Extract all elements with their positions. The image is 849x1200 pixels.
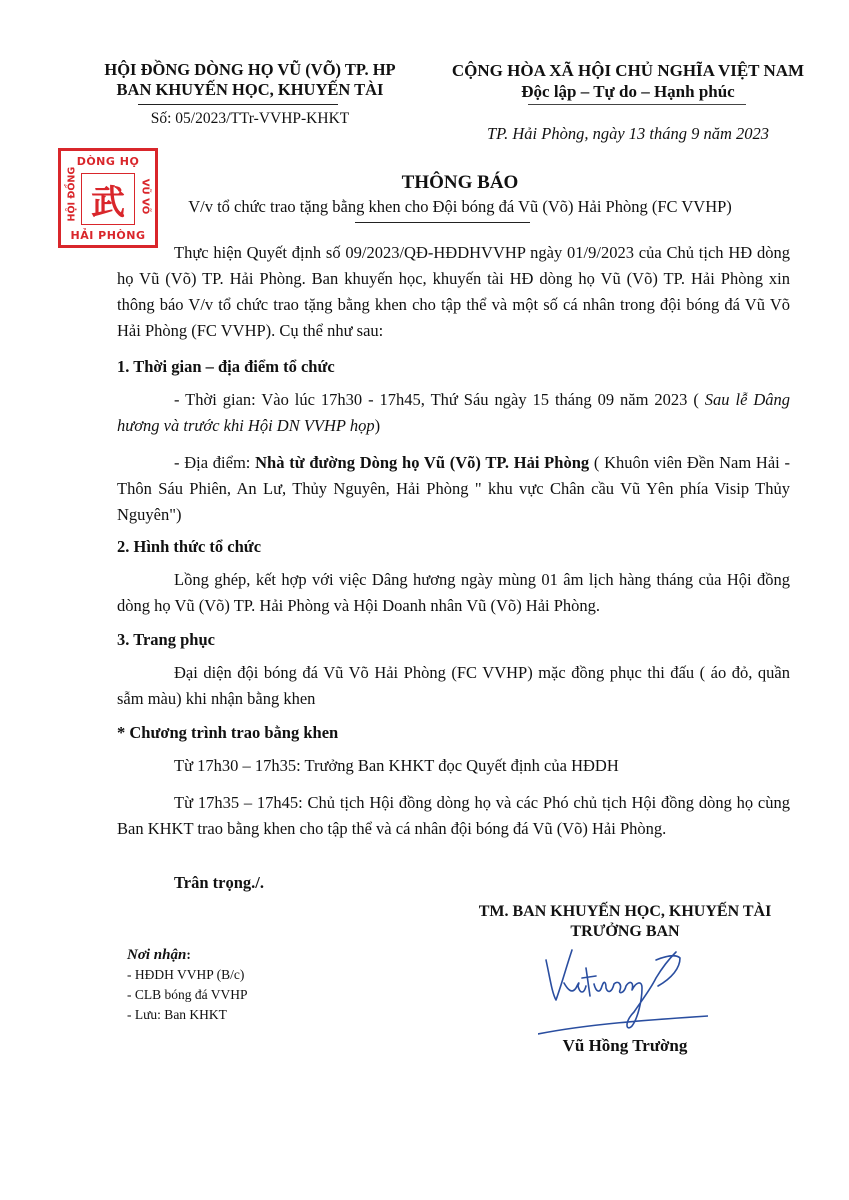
organization-header: HỘI ĐỒNG DÒNG HỌ VŨ (VÕ) TP. HP BAN KHUY…: [70, 60, 430, 100]
nation-name: CỘNG HÒA XÃ HỘI CHỦ NGHĨA VIỆT NAM: [428, 60, 828, 81]
program-item: Từ 17h30 – 17h35: Trưởng Ban KHKT đọc Qu…: [117, 753, 790, 779]
recipient-item: - Lưu: Ban KHKT: [127, 1005, 248, 1025]
handwritten-signature-icon: [538, 938, 708, 1038]
place-paragraph: - Địa điểm: Nhà từ đường Dòng họ Vũ (Võ)…: [117, 450, 790, 528]
recipient-item: - CLB bóng đá VVHP: [127, 985, 248, 1005]
section-heading-program: * Chương trình trao bằng khen: [117, 723, 338, 743]
org-department: BAN KHUYẾN HỌC, KHUYẾN TÀI: [70, 80, 430, 100]
place-date: TP. Hải Phòng, ngày 13 tháng 9 năm 2023: [428, 124, 828, 144]
stamp-right-text: VŨ VÕ: [140, 177, 151, 217]
national-header: CỘNG HÒA XÃ HỘI CHỦ NGHĨA VIỆT NAM Độc l…: [428, 60, 828, 102]
title-underline: [355, 222, 530, 223]
section-heading-time-place: 1. Thời gian – địa điểm tổ chức: [117, 357, 335, 377]
time-paragraph: - Thời gian: Vào lúc 17h30 - 17h45, Thứ …: [117, 387, 790, 439]
section-heading-format: 2. Hình thức tổ chức: [117, 537, 261, 557]
closing-text: Trân trọng./.: [174, 873, 264, 893]
time-close: ): [375, 416, 381, 435]
document-title: THÔNG BÁO: [160, 172, 760, 194]
section-heading-dress: 3. Trang phục: [117, 630, 215, 650]
stamp-left-text: HỘI ĐỒNG: [67, 172, 78, 222]
national-motto: Độc lập – Tự do – Hạnh phúc: [428, 81, 828, 102]
motto-underline: [528, 104, 746, 105]
red-seal-stamp: DÒNG HỌ HỘI ĐỒNG VŨ VÕ 武 HẢI PHÒNG: [58, 148, 158, 248]
recipients-title: Nơi nhận: [127, 947, 186, 963]
signer-name: Vũ Hồng Trường: [440, 1036, 810, 1056]
signature-block: TM. BAN KHUYẾN HỌC, KHUYẾN TÀI TRƯỞNG BA…: [440, 902, 810, 942]
stamp-emblem-icon: 武: [81, 173, 135, 225]
on-behalf-text: TM. BAN KHUYẾN HỌC, KHUYẾN TÀI: [440, 902, 810, 922]
document-subject: V/v tổ chức trao tặng bằng khen cho Đội …: [160, 197, 760, 217]
place-label: - Địa điểm:: [174, 453, 255, 472]
recipient-item: - HĐDH VVHP (B/c): [127, 965, 248, 985]
intro-paragraph: Thực hiện Quyết định số 09/2023/QĐ-HĐDHV…: [117, 240, 790, 344]
program-item: Từ 17h35 – 17h45: Chủ tịch Hội đồng dòng…: [117, 790, 790, 842]
time-text: - Thời gian: Vào lúc 17h30 - 17h45, Thứ …: [174, 390, 705, 409]
document-number: Số: 05/2023/TTr-VVHP-KHKT: [70, 110, 430, 128]
dress-paragraph: Đại diện đội bóng đá Vũ Võ Hải Phòng (FC…: [117, 660, 790, 712]
org-name: HỘI ĐỒNG DÒNG HỌ VŨ (VÕ) TP. HP: [70, 60, 430, 80]
org-underline: [138, 104, 338, 105]
recipients-list: Nơi nhận: - HĐDH VVHP (B/c) - CLB bóng đ…: [127, 945, 248, 1025]
format-paragraph: Lồng ghép, kết hợp với việc Dâng hương n…: [117, 567, 790, 619]
place-name: Nhà từ đường Dòng họ Vũ (Võ) TP. Hải Phò…: [255, 453, 589, 472]
